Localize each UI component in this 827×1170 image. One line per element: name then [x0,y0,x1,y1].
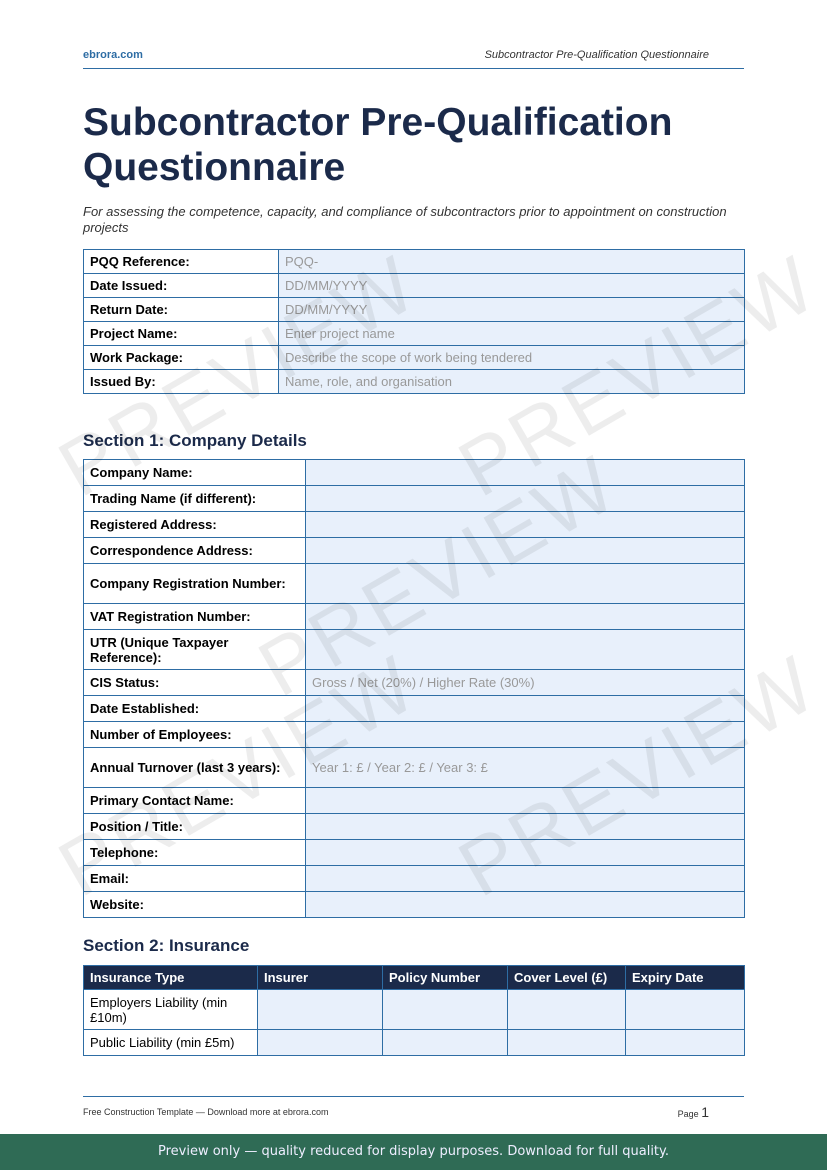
company-detail-field[interactable]: Year 1: £ / Year 2: £ / Year 3: £ [306,748,745,788]
field-label: Work Package: [84,346,279,370]
project-name-field[interactable]: Enter project name [279,322,745,346]
insurance-type-cell: Public Liability (min £5m) [84,1030,258,1056]
policy-number-field[interactable] [383,1030,508,1056]
page-header: ebrora.com Subcontractor Pre-Qualificati… [83,48,744,69]
company-detail-field[interactable] [306,814,745,840]
table-row: PQQ Reference:PQQ- [84,250,745,274]
company-detail-field[interactable]: Gross / Net (20%) / Higher Rate (30%) [306,670,745,696]
expiry-date-field[interactable] [626,1030,745,1056]
page-label: Page [678,1109,699,1119]
table-row: Number of Employees: [84,722,745,748]
return-date-field[interactable]: DD/MM/YYYY [279,298,745,322]
table-row: Company Registration Number: [84,564,745,604]
table-row: Public Liability (min £5m) [84,1030,745,1056]
field-label: Date Issued: [84,274,279,298]
field-label: Company Registration Number: [84,564,306,604]
company-details-table: Company Name:Trading Name (if different)… [83,459,745,918]
policy-number-field[interactable] [383,990,508,1030]
site-link[interactable]: ebrora.com [83,49,143,61]
page-footer: Free Construction Template — Download mo… [83,1096,744,1097]
field-label: Date Established: [84,696,306,722]
field-label: Annual Turnover (last 3 years): [84,748,306,788]
pqq-meta-table: PQQ Reference:PQQ- Date Issued:DD/MM/YYY… [83,249,745,394]
section-1-heading: Section 1: Company Details [83,431,307,451]
company-detail-field[interactable] [306,604,745,630]
company-detail-field[interactable] [306,630,745,670]
field-label: VAT Registration Number: [84,604,306,630]
table-header-row: Insurance Type Insurer Policy Number Cov… [84,966,745,990]
header-doc-title: Subcontractor Pre-Qualification Question… [485,49,709,61]
footer-text: Free Construction Template — Download mo… [83,1107,328,1117]
company-detail-field[interactable] [306,564,745,604]
company-detail-field[interactable] [306,460,745,486]
company-detail-field[interactable] [306,840,745,866]
column-header: Policy Number [383,966,508,990]
field-label: Correspondence Address: [84,538,306,564]
field-label: CIS Status: [84,670,306,696]
field-label: Telephone: [84,840,306,866]
table-row: CIS Status:Gross / Net (20%) / Higher Ra… [84,670,745,696]
field-label: PQQ Reference: [84,250,279,274]
company-detail-field[interactable] [306,788,745,814]
table-row: Project Name:Enter project name [84,322,745,346]
table-row: VAT Registration Number: [84,604,745,630]
field-label: Position / Title: [84,814,306,840]
pqq-reference-field[interactable]: PQQ- [279,250,745,274]
field-label: Number of Employees: [84,722,306,748]
table-row: Work Package:Describe the scope of work … [84,346,745,370]
page-title: Subcontractor Pre-Qualification Question… [83,100,744,190]
expiry-date-field[interactable] [626,990,745,1030]
table-row: Date Established: [84,696,745,722]
insurer-field[interactable] [258,990,383,1030]
field-label: Project Name: [84,322,279,346]
company-detail-field[interactable] [306,696,745,722]
table-row: Trading Name (if different): [84,486,745,512]
page-subtitle: For assessing the competence, capacity, … [83,204,744,236]
field-label: Return Date: [84,298,279,322]
table-row: Correspondence Address: [84,538,745,564]
insurer-field[interactable] [258,1030,383,1056]
field-label: Primary Contact Name: [84,788,306,814]
table-row: Annual Turnover (last 3 years):Year 1: £… [84,748,745,788]
company-detail-field[interactable] [306,866,745,892]
field-label: Registered Address: [84,512,306,538]
issued-by-field[interactable]: Name, role, and organisation [279,370,745,394]
table-row: Date Issued:DD/MM/YYYY [84,274,745,298]
field-label: Email: [84,866,306,892]
field-label: Issued By: [84,370,279,394]
preview-banner: Preview only — quality reduced for displ… [0,1134,827,1170]
column-header: Insurance Type [84,966,258,990]
cover-level-field[interactable] [508,990,626,1030]
section-2-heading: Section 2: Insurance [83,936,249,956]
company-detail-field[interactable] [306,722,745,748]
field-label: Website: [84,892,306,918]
table-row: Return Date:DD/MM/YYYY [84,298,745,322]
table-row: Position / Title: [84,814,745,840]
table-row: Primary Contact Name: [84,788,745,814]
field-label: Company Name: [84,460,306,486]
company-detail-field[interactable] [306,538,745,564]
column-header: Insurer [258,966,383,990]
table-row: Company Name: [84,460,745,486]
insurance-table: Insurance Type Insurer Policy Number Cov… [83,965,745,1056]
table-row: Issued By:Name, role, and organisation [84,370,745,394]
date-issued-field[interactable]: DD/MM/YYYY [279,274,745,298]
cover-level-field[interactable] [508,1030,626,1056]
page-number-value: 1 [701,1104,709,1120]
table-row: Employers Liability (min £10m) [84,990,745,1030]
table-row: Telephone: [84,840,745,866]
company-detail-field[interactable] [306,892,745,918]
table-row: Email: [84,866,745,892]
column-header: Cover Level (£) [508,966,626,990]
field-label: UTR (Unique Taxpayer Reference): [84,630,306,670]
column-header: Expiry Date [626,966,745,990]
insurance-type-cell: Employers Liability (min £10m) [84,990,258,1030]
work-package-field[interactable]: Describe the scope of work being tendere… [279,346,745,370]
company-detail-field[interactable] [306,512,745,538]
company-detail-field[interactable] [306,486,745,512]
page-number: Page 1 [678,1104,709,1120]
table-row: Registered Address: [84,512,745,538]
table-row: UTR (Unique Taxpayer Reference): [84,630,745,670]
field-label: Trading Name (if different): [84,486,306,512]
table-row: Website: [84,892,745,918]
